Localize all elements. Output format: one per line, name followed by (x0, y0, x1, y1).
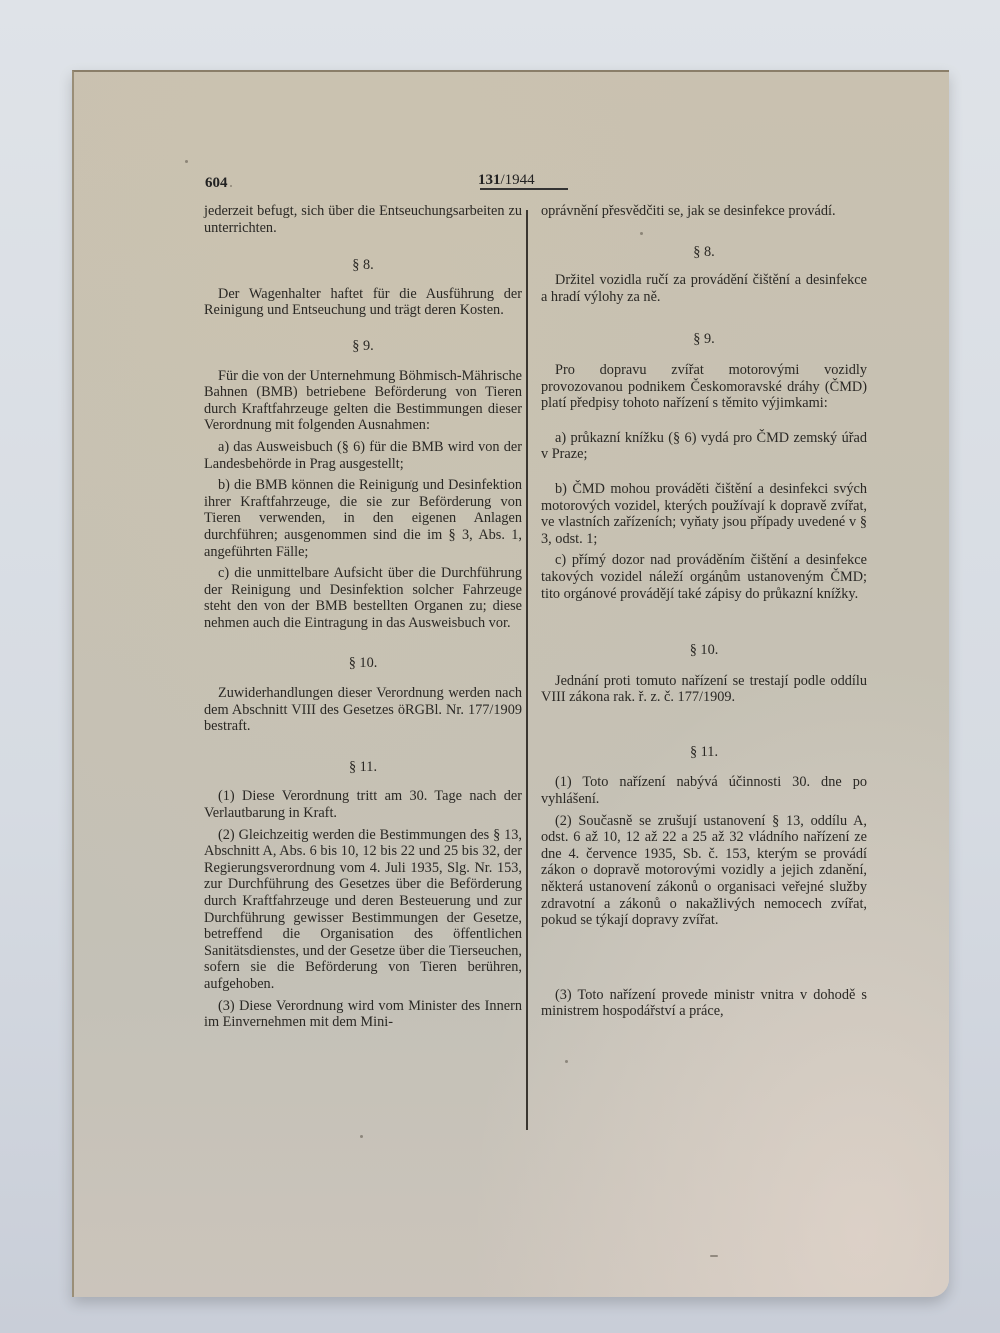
section-8-heading: § 8. (541, 244, 867, 261)
section-11-para-1: (1) Toto nařízení nabývá účinnosti 30. d… (541, 774, 867, 807)
section-10-heading: § 10. (204, 655, 522, 672)
section-10-heading: § 10. (541, 642, 867, 659)
section-10-text: Jednání proti tomuto nařízení se trestaj… (541, 673, 867, 706)
intro-text: oprávnění přesvědčiti se, jak se desinfe… (541, 203, 867, 220)
section-8-text: Držitel vozidla ručí za provádění čištěn… (541, 272, 867, 305)
issue-number: 131 (478, 172, 501, 188)
section-11-para-3: (3) Diese Verordnung wird vom Minister d… (204, 998, 522, 1031)
section-11-para-3: (3) Toto nařízení provede ministr vnitra… (541, 987, 867, 1020)
page-number: 604 (205, 175, 228, 192)
section-11-heading: § 11. (541, 744, 867, 761)
section-11-heading: § 11. (204, 759, 522, 776)
paper-speck (710, 1255, 718, 1257)
issue-year: /1944 (501, 172, 535, 188)
section-9-heading: § 9. (541, 331, 867, 348)
paper-speck (565, 1060, 568, 1063)
section-11-para-2: (2) Současně se zrušují ustanovení § 13,… (541, 813, 867, 929)
section-9-text: Pro dopravu zvířat motorovými vozidly pr… (541, 362, 867, 412)
section-10-text: Zuwiderhandlungen dieser Verordnung werd… (204, 685, 522, 735)
section-11-para-2: (2) Gleichzeitig werden die Bestimmungen… (204, 827, 522, 993)
section-9-item-c: c) přímý dozor nad prováděním čištění a … (541, 552, 867, 602)
para-number: (3) (555, 987, 572, 1003)
intro-text: jederzeit befugt, sich über die Entseuch… (204, 203, 522, 236)
para-number: (2) (555, 813, 572, 829)
para-number: (1) (555, 774, 572, 790)
section-9-item-c: c) die unmittelbare Aufsicht über die Du… (204, 565, 522, 631)
section-8-heading: § 8. (204, 257, 522, 274)
paper-speck (410, 480, 412, 482)
para-number: (2) (218, 827, 235, 843)
section-9-item-b: b) die BMB können die Reinigung und Desi… (204, 477, 522, 560)
section-9-item-a: a) průkazní knížku (§ 6) vydá pro ČMD ze… (541, 430, 867, 463)
paper-speck (185, 160, 188, 163)
section-11-para-1: (1) Diese Verordnung tritt am 30. Tage n… (204, 788, 522, 821)
issue-reference: 131/1944 (478, 172, 535, 189)
paper-speck (640, 232, 643, 235)
section-9-item-b: b) ČMD mohou prováděti čištění a desinfe… (541, 481, 867, 547)
column-divider (526, 210, 528, 1130)
header-rule (480, 188, 568, 190)
para-number: (3) (218, 998, 235, 1014)
paper-speck (230, 185, 232, 187)
para-number: (1) (218, 788, 235, 804)
section-9-item-a: a) das Ausweisbuch (§ 6) für die BMB wir… (204, 439, 522, 472)
german-column: jederzeit befugt, sich über die Entseuch… (204, 203, 522, 1031)
czech-column: oprávnění přesvědčiti se, jak se desinfe… (541, 203, 867, 1020)
paper-speck (360, 1135, 363, 1138)
section-9-text: Für die von der Unternehmung Böhmisch-Mä… (204, 368, 522, 434)
section-9-heading: § 9. (204, 338, 522, 355)
section-8-text: Der Wagenhalter haftet für die Ausführun… (204, 286, 522, 319)
paper-speck (720, 580, 723, 582)
